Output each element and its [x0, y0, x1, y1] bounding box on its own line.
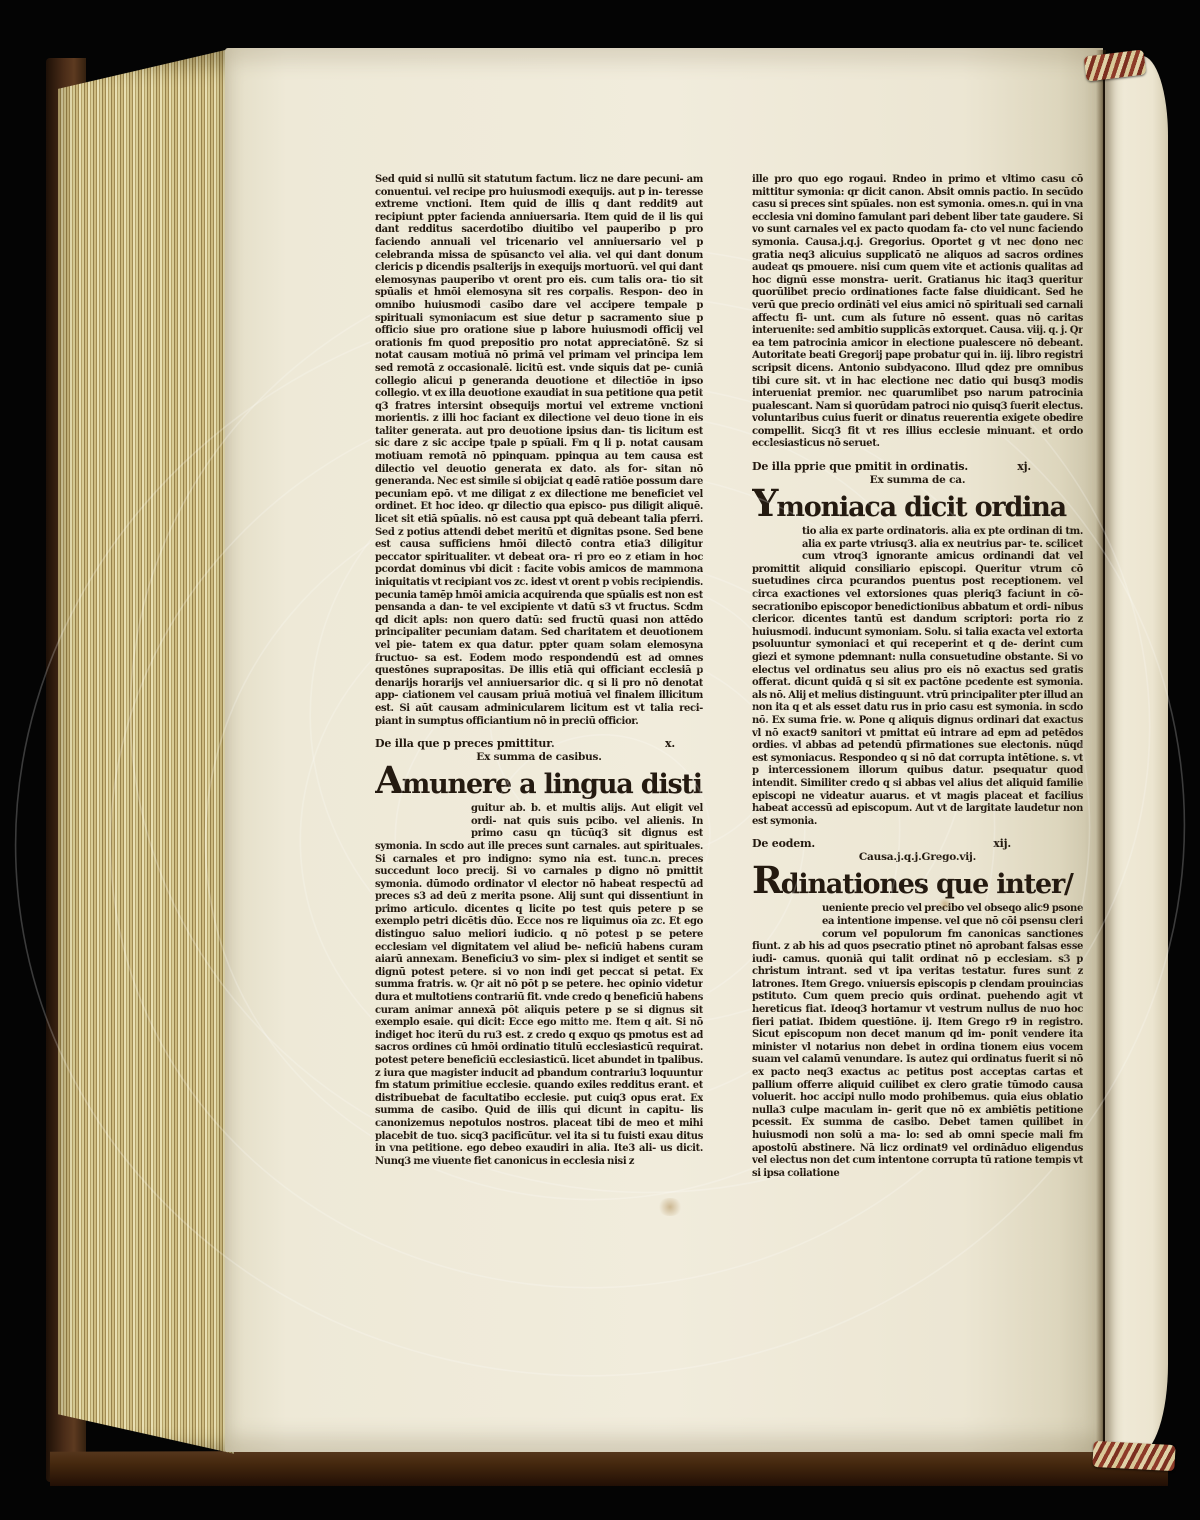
paragraph-text: Sed quid si nullū sit statutum factum. l…	[375, 174, 703, 727]
rubric-title: De eodem.	[752, 837, 815, 850]
heading-text: dinationes que inter/	[781, 869, 1073, 900]
photo-stage: Sed quid si nullū sit statutum factum. l…	[0, 0, 1200, 1520]
foxing-stain	[937, 898, 953, 910]
paragraph-left-1: Sed quid si nullū sit statutum factum. l…	[375, 174, 703, 728]
paragraph-right-3: ueniente precio vel precibo vel obseqo a…	[752, 903, 1083, 1180]
paragraph-text: guitur ab. b. et multis alijs. Aut eligi…	[375, 803, 703, 1167]
rubric-title: De illa que p preces pmittitur.	[375, 737, 554, 750]
section-heading-right-1: Ymoniaca dicit ordina	[752, 488, 1083, 523]
heading-initial: A	[375, 758, 402, 802]
paragraph-text: tio alia ex parte ordinatoris. alia ex p…	[752, 526, 1083, 827]
gilt-page-edges	[58, 48, 234, 1458]
section-heading-right-2: Rdinationes que inter/	[752, 865, 1083, 900]
tailband-striped	[1092, 1441, 1175, 1471]
chapter-numeral: x.	[665, 737, 675, 750]
rubric-right-2: De eodem. xij.	[752, 837, 1083, 850]
paragraph-text: ueniente precio vel precibo vel obseqo a…	[752, 903, 1083, 1178]
bottom-cover-leather	[50, 1448, 1168, 1486]
foxing-stain	[657, 1198, 683, 1216]
section-heading-left: Amunere a lingua disti	[375, 765, 703, 800]
dropcap-indent	[752, 903, 822, 930]
open-page: Sed quid si nullū sit statutum factum. l…	[225, 48, 1103, 1452]
text-column-left: Sed quid si nullū sit statutum factum. l…	[375, 174, 703, 1268]
chapter-numeral: xij.	[993, 837, 1011, 850]
paragraph-left-2: guitur ab. b. et multis alijs. Aut eligi…	[375, 803, 703, 1168]
heading-text: moniaca dicit ordina	[776, 492, 1066, 523]
dropcap-indent	[375, 803, 471, 830]
rubric-left: De illa que p preces pmittitur. x.	[375, 737, 703, 750]
chapter-numeral: xj.	[1017, 460, 1031, 473]
heading-initial: Y	[752, 481, 776, 525]
heading-initial: R	[752, 858, 781, 902]
rubric-title: De illa pprie que pmitit in ordinatis.	[752, 460, 968, 473]
text-column-right: ille pro quo ego rogaui. Rndeo in primo …	[752, 174, 1083, 1268]
foxing-stain	[1033, 240, 1045, 250]
rubric-right-1: De illa pprie que pmitit in ordinatis. x…	[752, 460, 1083, 473]
right-page-sliver	[1105, 56, 1168, 1454]
paragraph-text: ille pro quo ego rogaui. Rndeo in primo …	[752, 174, 1083, 449]
dropcap-indent	[752, 526, 802, 553]
rubric-source: Causa.j.q.j.Grego.vij.	[752, 851, 1083, 863]
paragraph-right-1: ille pro quo ego rogaui. Rndeo in primo …	[752, 174, 1083, 451]
rubric-source: Ex summa de casibus.	[375, 751, 703, 763]
paragraph-right-2: tio alia ex parte ordinatoris. alia ex p…	[752, 526, 1083, 828]
heading-text: munere a lingua disti	[402, 769, 702, 800]
rubric-source: Ex summa de ca.	[752, 474, 1083, 486]
